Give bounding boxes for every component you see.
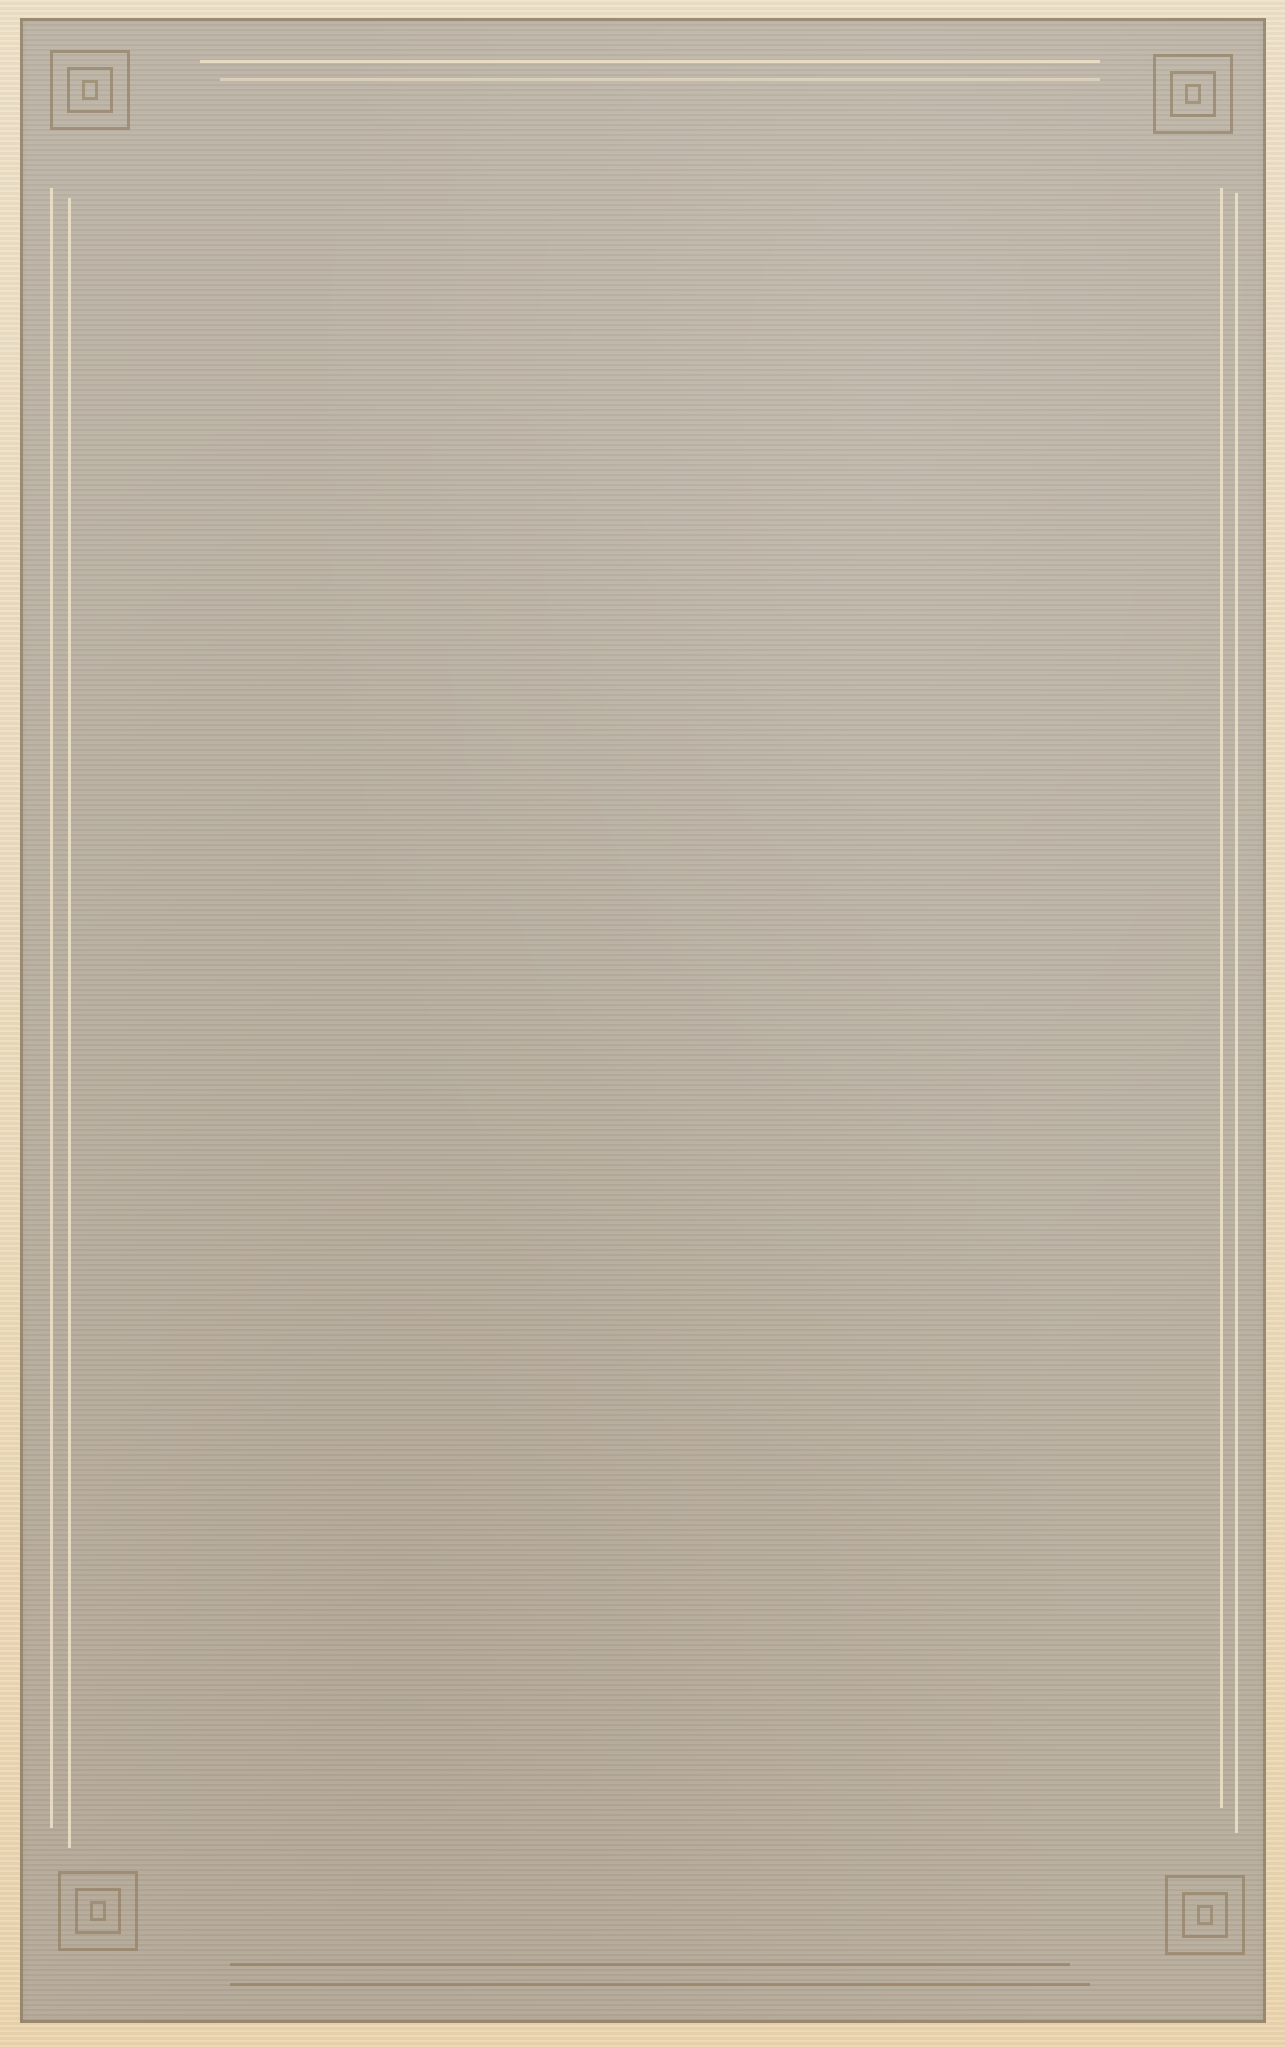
- left-pinstripe-outer: [50, 188, 53, 1828]
- corner-motif-inner-square: [67, 67, 113, 113]
- corner-motif-core: [1197, 1905, 1213, 1925]
- left-pinstripe-inner: [68, 198, 71, 1848]
- corner-motif-inner-square: [1182, 1892, 1228, 1938]
- corner-motif-core: [1185, 84, 1201, 104]
- rug-field: [20, 18, 1266, 2023]
- corner-motif-bottom-left: [58, 1871, 138, 1951]
- corner-motif-core: [82, 80, 98, 100]
- corner-motif-inner-square: [1170, 71, 1216, 117]
- corner-motif-bottom-right: [1165, 1875, 1245, 1955]
- top-pinstripe-2: [220, 78, 1100, 81]
- top-pinstripe-1: [200, 60, 1100, 63]
- right-pinstripe-outer: [1220, 188, 1223, 1808]
- right-pinstripe-inner: [1235, 193, 1238, 1833]
- bottom-pinstripe-2: [230, 1983, 1090, 1986]
- rug-outer-border: [0, 0, 1285, 2048]
- bottom-pinstripe-1: [230, 1963, 1070, 1966]
- corner-motif-core: [90, 1901, 106, 1921]
- corner-motif-top-left: [50, 50, 130, 130]
- corner-motif-top-right: [1153, 54, 1233, 134]
- corner-motif-inner-square: [75, 1888, 121, 1934]
